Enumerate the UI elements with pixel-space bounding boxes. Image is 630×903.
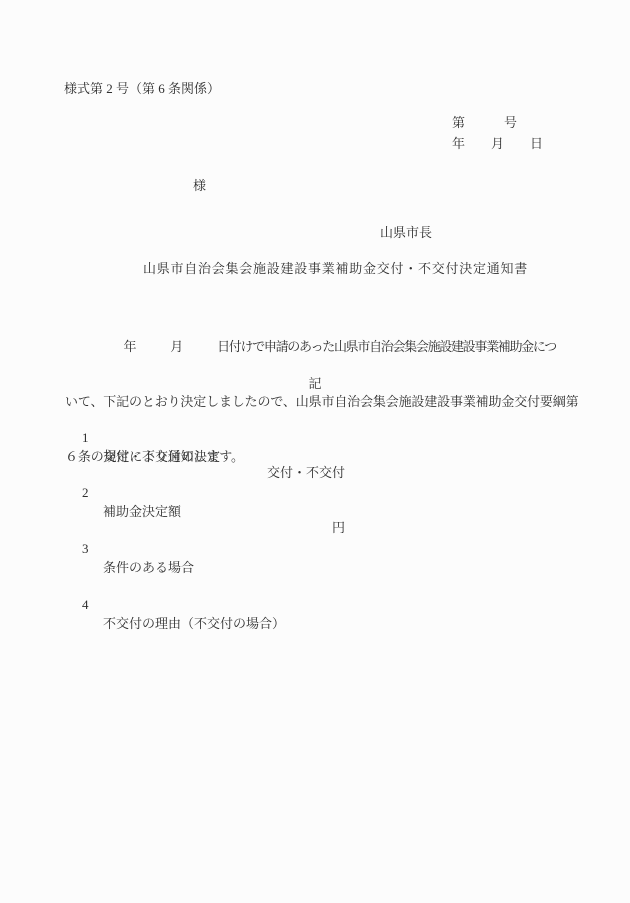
document-number-placeholder: 第 号 [452, 114, 517, 131]
item-label: 交付・不交付の決定 [103, 446, 220, 465]
recipient-honorific: 様 [193, 177, 206, 194]
section-marker-ki: 記 [0, 375, 630, 392]
item-label: 条件のある場合 [103, 557, 194, 576]
document-title: 山県市自治会集会施設建設事業補助金交付・不交付決定通知書 [143, 260, 528, 277]
item-label: 補助金決定額 [103, 501, 181, 520]
item-conditions: 3 条件のある場合 [0, 525, 630, 543]
sender-title: 山県市長 [380, 224, 432, 241]
item-decision: 1 交付・不交付の決定 交付・不交付 [0, 414, 630, 432]
item-grant-amount: 2 補助金決定額 円 [0, 469, 630, 487]
item-number: 1 [82, 430, 89, 446]
form-number: 様式第 2 号（第 6 条関係） [64, 80, 220, 97]
document-page: 様式第 2 号（第 6 条関係） 第 号 年 月 日 様 山県市長 山県市自治会… [0, 0, 630, 903]
item-refusal-reason: 4 不交付の理由（不交付の場合） [0, 581, 630, 599]
item-number: 4 [82, 597, 89, 613]
body-line-1: 年 月 日付けで申請のあった山県市自治会集会施設建設事業補助金につ [65, 336, 578, 357]
item-label: 不交付の理由（不交付の場合） [103, 613, 285, 632]
body-line-2: いて、下記のとおり決定しましたので、山県市自治会集会施設建設事業補助金交付要綱第 [65, 391, 578, 412]
date-placeholder: 年 月 日 [452, 135, 543, 152]
item-number: 3 [82, 541, 89, 557]
item-number: 2 [82, 485, 89, 501]
